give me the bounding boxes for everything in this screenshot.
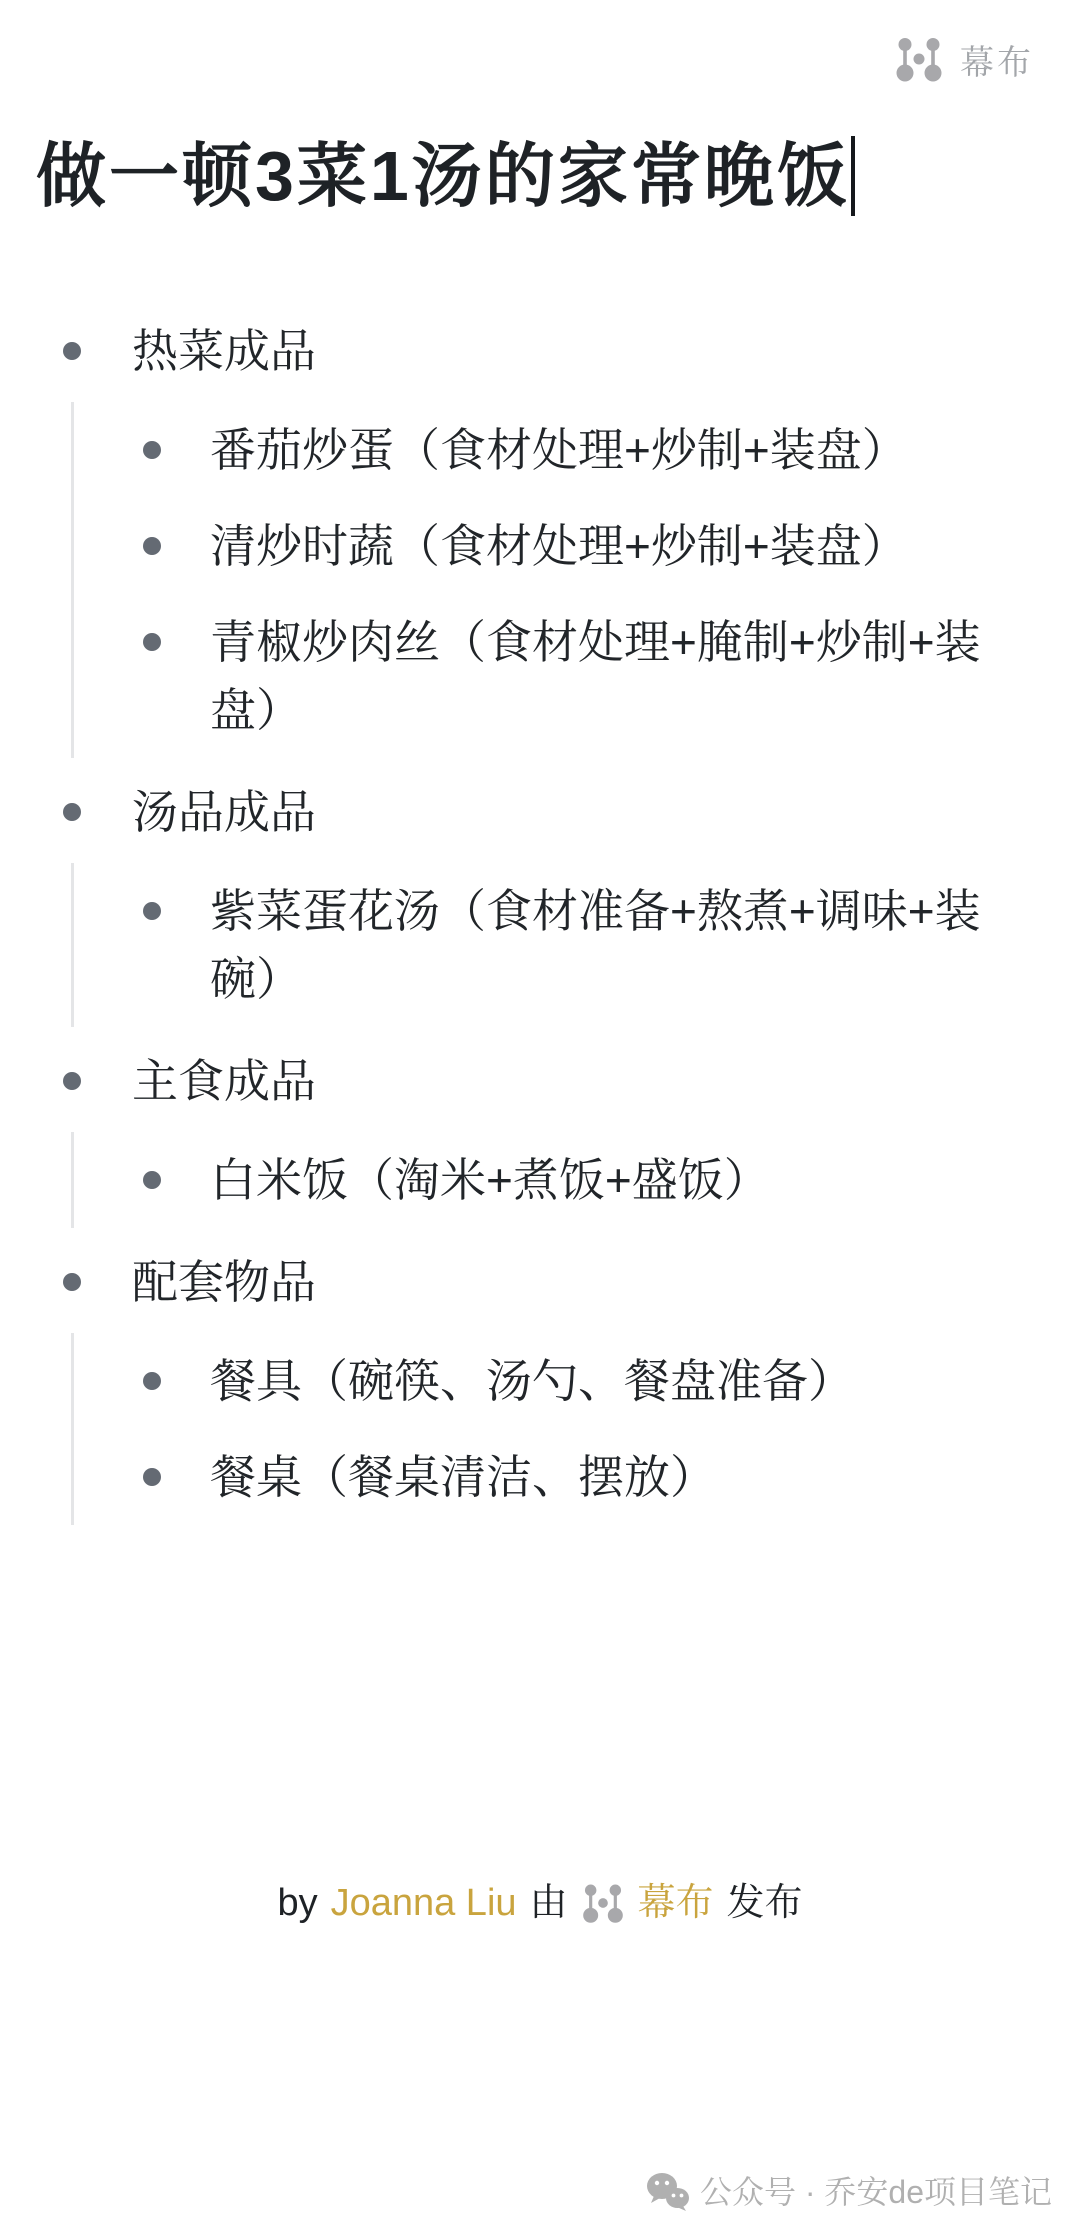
bullet-icon[interactable] bbox=[143, 1171, 161, 1189]
outline-children: 餐具（碗筷、汤勺、餐盘准备） 餐桌（餐桌清洁、摆放） bbox=[71, 1333, 1044, 1525]
outline-node[interactable]: 清炒时蔬（食材处理+炒制+装盘） bbox=[74, 498, 1044, 594]
bullet-icon[interactable] bbox=[143, 1372, 161, 1390]
outline-node[interactable]: 汤品成品 bbox=[36, 764, 1044, 860]
bullet-icon[interactable] bbox=[143, 1468, 161, 1486]
node-text: 汤品成品 bbox=[132, 786, 316, 838]
outline-node[interactable]: 番茄炒蛋（食材处理+炒制+装盘） bbox=[74, 402, 1044, 498]
node-text: 热菜成品 bbox=[132, 325, 316, 377]
text-caret bbox=[851, 136, 855, 216]
outline-node[interactable]: 热菜成品 bbox=[36, 303, 1044, 399]
document-page: 幕布 做一顿3菜1汤的家常晚饭 热菜成品 番茄炒蛋（食材处理+炒制+装盘） 清炒… bbox=[0, 0, 1080, 1525]
brand-name: 幕布 bbox=[960, 35, 1034, 84]
bullet-icon[interactable] bbox=[143, 537, 161, 555]
node-text: 清炒时蔬（食材处理+炒制+装盘） bbox=[210, 520, 908, 572]
outline-node[interactable]: 配套物品 bbox=[36, 1234, 1044, 1330]
node-text: 主食成品 bbox=[132, 1055, 316, 1107]
bullet-icon[interactable] bbox=[63, 1273, 81, 1291]
node-text: 青椒炒肉丝（食材处理+腌制+炒制+装盘） bbox=[210, 616, 981, 736]
outline-children: 白米饭（淘米+煮饭+盛饭） bbox=[71, 1132, 1044, 1228]
node-text: 番茄炒蛋（食材处理+炒制+装盘） bbox=[210, 424, 908, 476]
outline-node[interactable]: 紫菜蛋花汤（食材准备+熬煮+调味+装碗） bbox=[74, 863, 1044, 1027]
outline-children: 番茄炒蛋（食材处理+炒制+装盘） 清炒时蔬（食材处理+炒制+装盘） 青椒炒肉丝（… bbox=[71, 402, 1044, 758]
bullet-icon[interactable] bbox=[63, 342, 81, 360]
by-label: by bbox=[277, 1855, 317, 1951]
via-label: 由 bbox=[530, 1855, 568, 1951]
title-row: 做一顿3菜1汤的家常晚饭 bbox=[36, 128, 1044, 224]
outline-node[interactable]: 白米饭（淘米+煮饭+盛饭） bbox=[74, 1132, 1044, 1228]
outline-node[interactable]: 主食成品 bbox=[36, 1033, 1044, 1129]
node-text: 紫菜蛋花汤（食材准备+熬煮+调味+装碗） bbox=[210, 885, 981, 1005]
outline-node[interactable]: 青椒炒肉丝（食材处理+腌制+炒制+装盘） bbox=[74, 594, 1044, 758]
watermark: 公众号 · 乔安de项目笔记 bbox=[646, 2168, 1052, 2216]
node-text: 白米饭（淘米+煮饭+盛饭） bbox=[210, 1154, 770, 1206]
outline-node[interactable]: 餐具（碗筷、汤勺、餐盘准备） bbox=[74, 1333, 1044, 1429]
bullet-icon[interactable] bbox=[143, 902, 161, 920]
bullet-icon[interactable] bbox=[143, 633, 161, 651]
mubu-brand-link[interactable]: 幕布 bbox=[894, 35, 1034, 84]
outline-node[interactable]: 餐桌（餐桌清洁、摆放） bbox=[74, 1429, 1044, 1525]
outline-children: 紫菜蛋花汤（食材准备+熬煮+调味+装碗） bbox=[71, 863, 1044, 1027]
watermark-text: 公众号 · 乔安de项目笔记 bbox=[700, 2168, 1052, 2216]
mubu-logo-icon bbox=[894, 35, 944, 83]
author-link[interactable]: Joanna Liu bbox=[331, 1855, 517, 1951]
outline-list: 热菜成品 番茄炒蛋（食材处理+炒制+装盘） 清炒时蔬（食材处理+炒制+装盘） 青… bbox=[36, 303, 1044, 1525]
outline-section: 热菜成品 番茄炒蛋（食材处理+炒制+装盘） 清炒时蔬（食材处理+炒制+装盘） 青… bbox=[36, 303, 1044, 758]
page-title[interactable]: 做一顿3菜1汤的家常晚饭 bbox=[36, 128, 850, 224]
bullet-icon[interactable] bbox=[63, 803, 81, 821]
node-text: 餐桌（餐桌清洁、摆放） bbox=[210, 1451, 716, 1503]
publish-label: 发布 bbox=[727, 1855, 803, 1951]
mubu-logo-icon bbox=[581, 1882, 625, 1924]
bullet-icon[interactable] bbox=[63, 1072, 81, 1090]
node-text: 餐具（碗筷、汤勺、餐盘准备） bbox=[210, 1355, 854, 1407]
wechat-icon bbox=[646, 2172, 690, 2212]
bullet-icon[interactable] bbox=[143, 441, 161, 459]
outline-section: 主食成品 白米饭（淘米+煮饭+盛饭） bbox=[36, 1033, 1044, 1228]
header: 幕布 bbox=[36, 0, 1044, 86]
outline-section: 配套物品 餐具（碗筷、汤勺、餐盘准备） 餐桌（餐桌清洁、摆放） bbox=[36, 1234, 1044, 1525]
byline: by Joanna Liu 由 幕布 发布 bbox=[0, 1855, 1080, 1951]
outline-section: 汤品成品 紫菜蛋花汤（食材准备+熬煮+调味+装碗） bbox=[36, 764, 1044, 1027]
node-text: 配套物品 bbox=[132, 1256, 316, 1308]
mubu-brand-link[interactable]: 幕布 bbox=[638, 1855, 714, 1951]
